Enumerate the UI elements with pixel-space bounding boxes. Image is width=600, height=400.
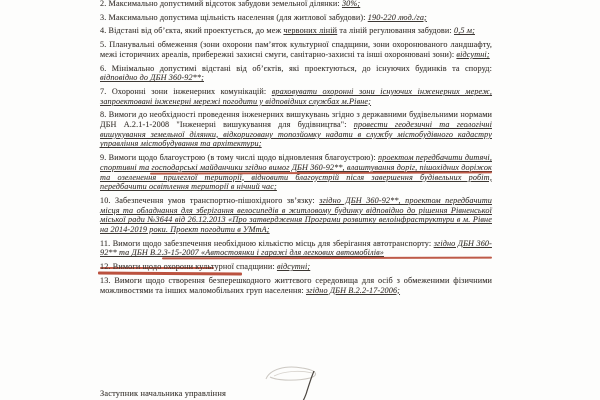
item-text: 9. Вимоги щодо благоустрою (в тому числі…: [100, 153, 378, 162]
item-answer: відсутні;: [456, 50, 489, 59]
list-item-5: 5. Планувальні обмеження (зони охорони п…: [100, 40, 492, 59]
signature-stroke: [299, 371, 321, 400]
item-text: 6. Мінімально допустимі відстані від об’…: [100, 64, 492, 73]
item-text: 7. Охоронні зони інженерних комунікацій:: [100, 87, 272, 96]
footer-title: Заступник начальника управління: [100, 389, 226, 398]
item-answer: 190-220 люд./га;: [368, 13, 427, 22]
scanned-document-page: 2. Максимально допустимий відсоток забуд…: [0, 0, 600, 400]
list-item-6: 6. Мінімально допустимі відстані від об’…: [100, 64, 492, 83]
list-item-3: 3. Максимально допустима щільність насел…: [100, 13, 492, 23]
list-item-7: 7. Охоронні зони інженерних комунікацій:…: [100, 87, 492, 106]
item-text: 5. Планувальні обмеження (зони охорони п…: [100, 40, 492, 59]
item-text: 2. Максимально допустимий відсоток забуд…: [100, 0, 342, 8]
signature-block: Заступник начальника управління: [100, 389, 300, 398]
pencil-scribble-mark: [260, 364, 340, 386]
item-text: 3. Максимально допустима щільність насел…: [100, 13, 368, 22]
item-answer: 0,5 м;: [454, 26, 475, 35]
item-text: та ліній регулювання забудови:: [337, 26, 454, 35]
item-text: 10. Забезпечення умов транспортно-пішохі…: [100, 196, 319, 205]
item-text: 12. Вимоги щодо охорони культурної спадщ…: [100, 262, 277, 271]
list-item-9: 9. Вимоги щодо благоустрою (в тому числі…: [100, 153, 492, 192]
item-text: 11. Вимоги щодо забезпечення необхідною …: [100, 239, 434, 248]
list-item-8: 8. Вимоги до необхідності проведення інж…: [100, 110, 492, 149]
list-item-11: 11. Вимоги щодо забезпечення необхідною …: [100, 239, 492, 258]
item-answer: відповідно до ДБН 360-92**;: [100, 73, 204, 82]
list-item-13: 13. Вимоги щодо створення безперешкодног…: [100, 276, 492, 295]
item-text: 13. Вимоги щодо створення безперешкодног…: [100, 276, 492, 295]
list-item-12: 12. Вимоги щодо охорони культурної спадщ…: [100, 262, 492, 272]
item-answer: згідно ДБН В.2.2-17-2006;: [306, 286, 400, 295]
item-answer: 30%;: [342, 0, 360, 8]
item-text: 4. Відстані від об’єкта, який проектуєть…: [100, 26, 283, 35]
list-item-10: 10. Забезпечення умов транспортно-пішохі…: [100, 196, 492, 235]
list-item-4: 4. Відстані від об’єкта, який проектуєть…: [100, 26, 492, 36]
list-item-2: 2. Максимально допустимий відсоток забуд…: [100, 0, 492, 9]
item-answer: відсутні;: [277, 262, 310, 271]
item-underlined-term: червоних ліній: [283, 26, 337, 35]
document-body: 2. Максимально допустимий відсоток забуд…: [100, 0, 492, 299]
